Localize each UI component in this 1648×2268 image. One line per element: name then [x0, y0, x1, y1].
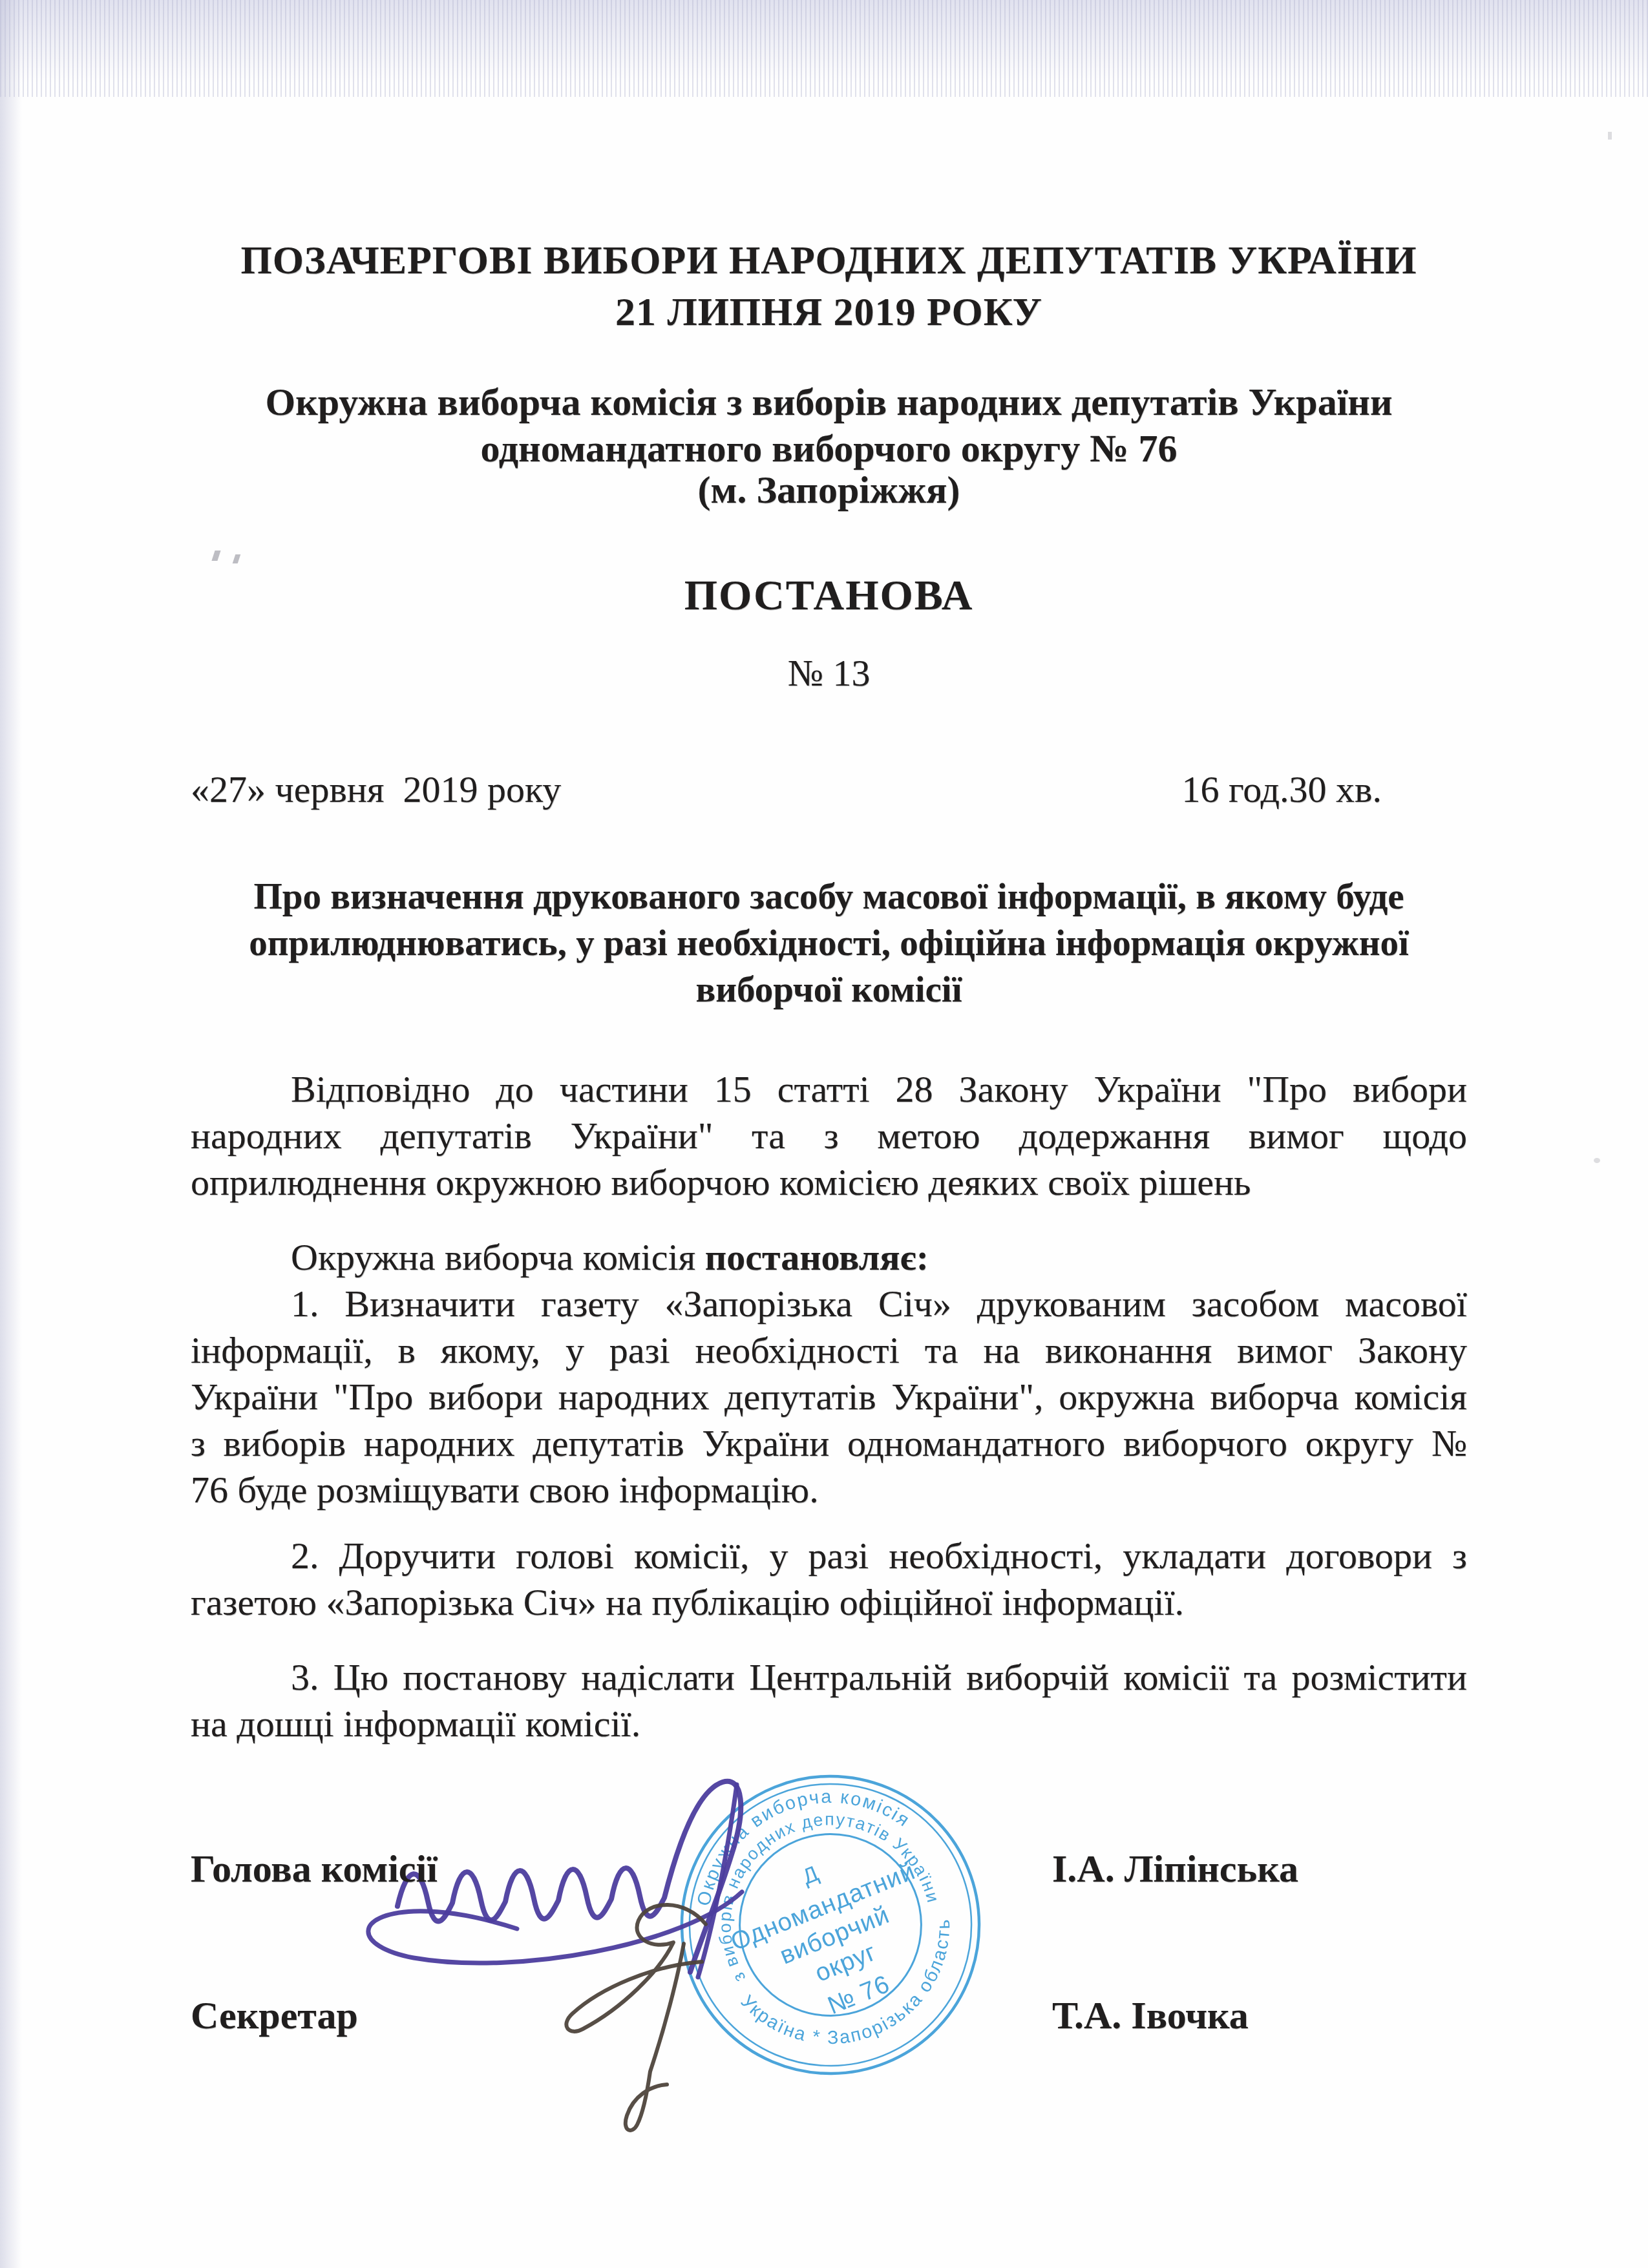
official-stamp: Окружна виборча комісія з виборів народн… [629, 1724, 1031, 2126]
commission-name-line2: одномандатного виборчого округу № 76 [191, 426, 1467, 471]
document-date: «27» червня 2019 року [191, 768, 561, 811]
text-line: 2. Доручити голові комісії, у разі необх… [191, 1533, 1467, 1579]
commission-name-line1: Окружна виборча комісія з виборів народн… [191, 380, 1467, 425]
secretary-role-label: Секретар [191, 1994, 358, 2037]
document-title-line1: ПОЗАЧЕРГОВІ ВИБОРИ НАРОДНИХ ДЕПУТАТІВ УК… [191, 238, 1467, 284]
date-time-row: «27» червня 2019 року 16 год.30 хв. [191, 768, 1467, 811]
subject-line: виборчої комісії [191, 967, 1467, 1013]
subject-line: оприлюднюватись, у разі необхідності, оф… [191, 920, 1467, 967]
text-line: 76 буде розміщувати свою інформацію. [191, 1467, 1467, 1513]
text-line: газетою «Запорізька Січ» на публікацію о… [191, 1579, 1467, 1626]
preamble-paragraph: Відповідно до частини 15 статті 28 Закон… [191, 1066, 1467, 1206]
chairman-role-label: Голова комісії [191, 1847, 438, 1890]
text-line: інформації, в якому, у разі необхідності… [191, 1327, 1467, 1374]
scan-speck [1594, 1158, 1600, 1163]
scan-noise-top [0, 0, 1648, 97]
text-line: оприлюднення окружною виборчою комісією … [191, 1159, 1467, 1206]
scan-noise-left [0, 0, 22, 2268]
resolve-intro-line: Окружна виборча комісія постановляє: [191, 1234, 1467, 1281]
text-line: 3. Цю постанову надіслати Центральній ви… [191, 1654, 1467, 1701]
chairman-name: І.А. Ліпінська [1052, 1847, 1298, 1891]
subject-heading: Про визначення друкованого засобу масово… [191, 874, 1467, 1013]
scan-speck [233, 554, 241, 563]
document-time: 16 год.30 хв. [1181, 768, 1382, 811]
subject-line: Про визначення друкованого засобу масово… [191, 874, 1467, 920]
resolve-intro-bold: постановляє: [705, 1236, 929, 1278]
commission-city-line: (м. Запоріжжя) [191, 468, 1467, 512]
document-title-line2: 21 ЛИПНЯ 2019 РОКУ [191, 289, 1467, 335]
resolution-item-2: 2. Доручити голові комісії, у разі необх… [191, 1533, 1467, 1626]
resolution-item-3: 3. Цю постанову надіслати Центральній ви… [191, 1654, 1467, 1747]
text-line: України "Про вибори народних депутатів У… [191, 1374, 1467, 1420]
resolution-item-1: 1. Визначити газету «Запорізька Січ» дру… [191, 1281, 1467, 1513]
secretary-signature-row: Секретар Т.А. Івочка [191, 1993, 1467, 2038]
document-number: № 13 [191, 651, 1467, 695]
text-line: з виборів народних депутатів України одн… [191, 1420, 1467, 1467]
scanned-document-page: ПОЗАЧЕРГОВІ ВИБОРИ НАРОДНИХ ДЕПУТАТІВ УК… [0, 0, 1648, 2268]
text-line: народних депутатів України" та з метою д… [191, 1113, 1467, 1159]
text-line: 1. Визначити газету «Запорізька Січ» дру… [191, 1281, 1467, 1327]
chairman-signature-row: Голова комісії І.А. Ліпінська [191, 1847, 1467, 1891]
document-type: ПОСТАНОВА [191, 571, 1467, 620]
secretary-name: Т.А. Івочка [1052, 1993, 1249, 2038]
scan-speck [211, 551, 220, 561]
text-line: на дошці інформації комісії. [191, 1701, 1467, 1747]
scan-speck [1608, 132, 1612, 140]
resolve-intro-text: Окружна виборча комісія [291, 1236, 705, 1278]
text-line: Відповідно до частини 15 статті 28 Закон… [191, 1066, 1467, 1113]
